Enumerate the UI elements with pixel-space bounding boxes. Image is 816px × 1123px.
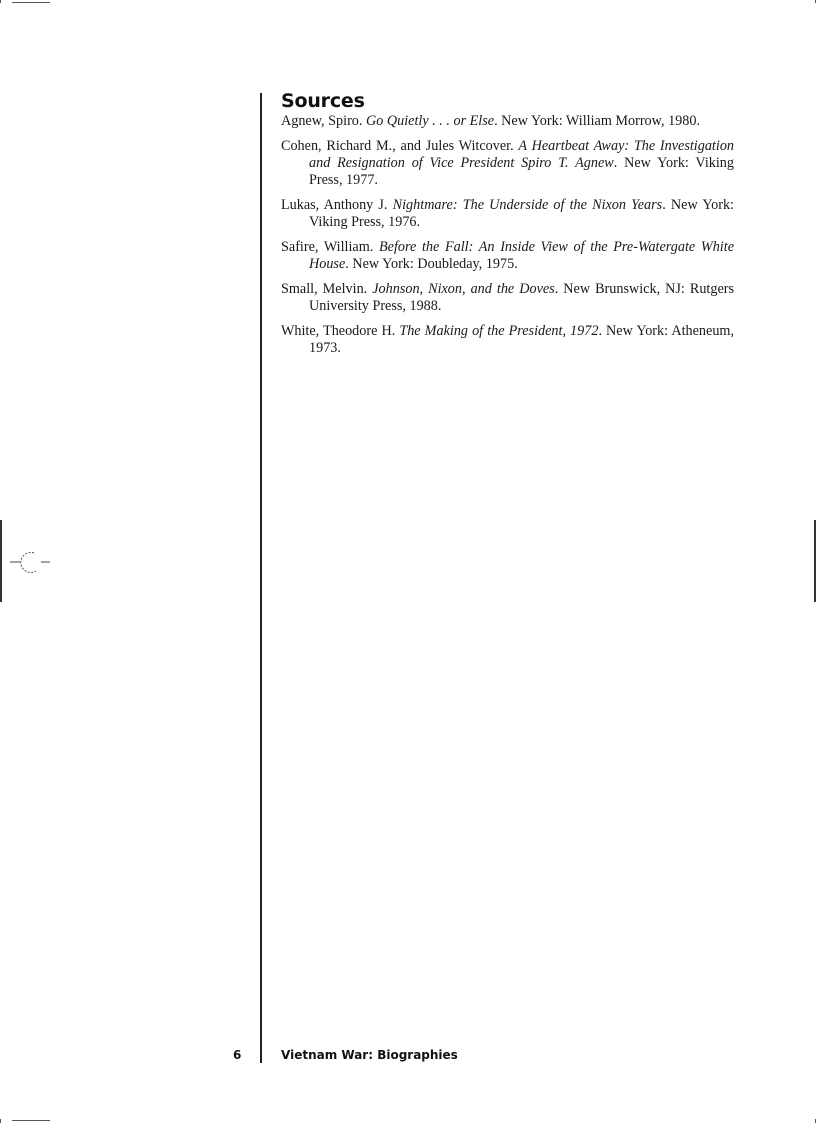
reference-author: Safire, William. <box>281 239 373 255</box>
reference-title: The Making of the President, 1972 <box>399 323 598 339</box>
crop-mark-top-left <box>12 2 50 3</box>
reference-item: White, Theodore H. The Making of the Pre… <box>281 323 734 357</box>
reference-author: White, Theodore H. <box>281 323 395 339</box>
reference-author: Cohen, Richard M., and Jules Witcover. <box>281 138 514 154</box>
reference-publication: . New York: William Morrow, 1980. <box>494 113 700 129</box>
reference-publication: . New York: Doubleday, 1975. <box>345 256 517 272</box>
reference-title: Go Quietly . . . or Else <box>366 113 494 129</box>
reference-author: Lukas, Anthony J. <box>281 197 387 213</box>
reference-title: Johnson, Nixon, and the Doves <box>372 281 554 297</box>
sources-section: Sources Agnew, Spiro. Go Quietly . . . o… <box>281 90 734 365</box>
reference-title: Nightmare: The Underside of the Nixon Ye… <box>393 197 663 213</box>
reference-author: Small, Melvin. <box>281 281 372 297</box>
margin-rule <box>260 93 262 1063</box>
reference-item: Agnew, Spiro. Go Quietly . . . or Else. … <box>281 113 734 130</box>
reference-item: Cohen, Richard M., and Jules Witcover. A… <box>281 138 734 189</box>
running-footer-title: Vietnam War: Biographies <box>281 1048 458 1062</box>
section-heading: Sources <box>281 90 734 112</box>
reference-item: Safire, William. Before the Fall: An Ins… <box>281 239 734 273</box>
reference-list: Agnew, Spiro. Go Quietly . . . or Else. … <box>281 113 734 357</box>
crop-mark-left-middle <box>0 520 2 602</box>
page-number: 6 <box>233 1048 241 1062</box>
crop-mark-top-left-tick <box>0 0 1 3</box>
reference-author: Agnew, Spiro. <box>281 113 362 129</box>
reference-item: Lukas, Anthony J. Nightmare: The Undersi… <box>281 197 734 231</box>
crop-mark-bottom-left-tick <box>0 1119 1 1123</box>
crop-mark-bottom-left <box>12 1120 50 1121</box>
reference-item: Small, Melvin. Johnson, Nixon, and the D… <box>281 281 734 315</box>
registration-target-icon <box>10 543 52 573</box>
